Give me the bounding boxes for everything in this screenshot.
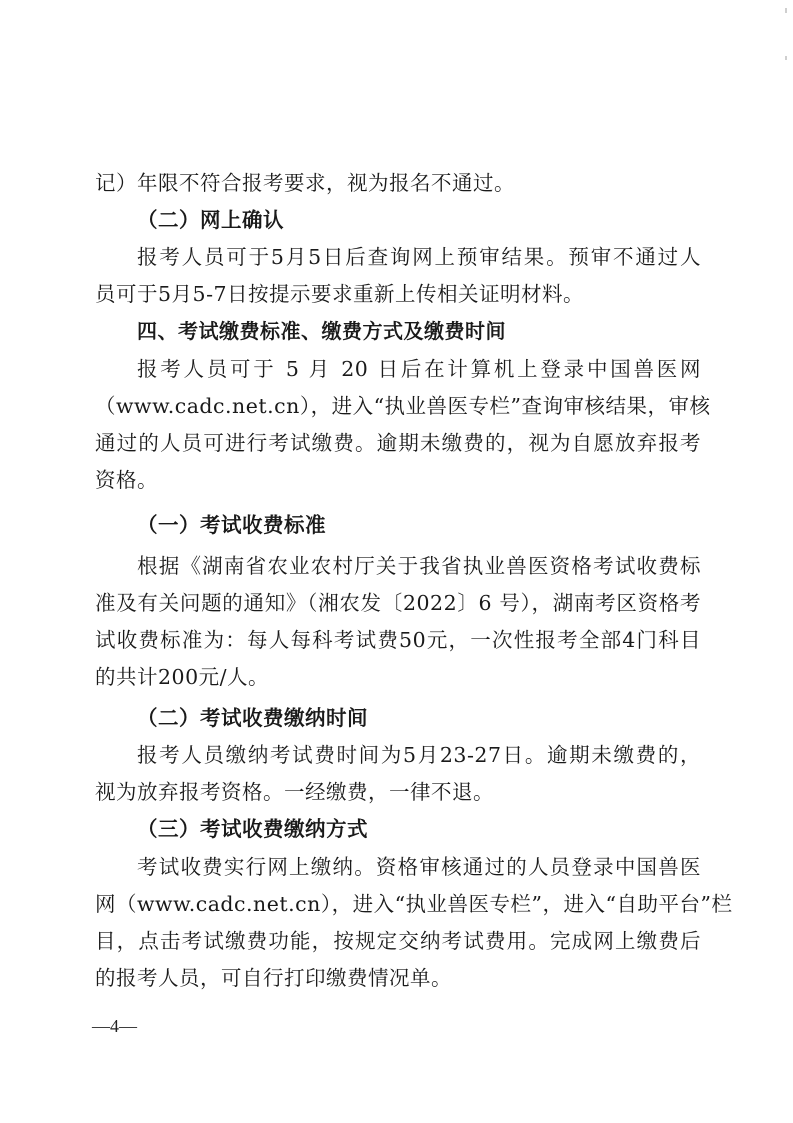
body-line-14: 的共计200元/人。 bbox=[95, 664, 701, 690]
scan-edge-mark bbox=[785, 56, 787, 60]
body-line-6: 报考人员可于 5 月 20 日后在计算机上登录中国兽医网 bbox=[137, 356, 701, 382]
subheading-fee-standard: （一）考试收费标准 bbox=[137, 512, 701, 538]
body-line-7: （www.cadc.net.cn），进入“执业兽医专栏”查询审核结果，审核 bbox=[95, 393, 701, 419]
body-line-16: 报考人员缴纳考试费时间为5月23-27日。逾期未缴费的， bbox=[137, 742, 701, 768]
scan-edge-mark bbox=[785, 8, 787, 13]
subheading-payment-time: （二）考试收费缴纳时间 bbox=[137, 705, 701, 731]
body-line-19: 考试收费实行网上缴纳。资格审核通过的人员登录中国兽医 bbox=[137, 854, 701, 880]
subheading-payment-method: （三）考试收费缴纳方式 bbox=[137, 816, 701, 842]
body-line-4: 员可于5月5-7日按提示要求重新上传相关证明材料。 bbox=[95, 281, 701, 307]
body-line-9: 资格。 bbox=[95, 467, 701, 493]
section-heading-fees: 四、考试缴费标准、缴费方式及缴费时间 bbox=[137, 318, 701, 344]
body-line-17: 视为放弃报考资格。一经缴费，一律不退。 bbox=[95, 779, 701, 805]
document-page: 记）年限不符合报考要求，视为报名不通过。 （二）网上确认 报考人员可于5月5日后… bbox=[0, 0, 793, 1123]
body-line-11: 根据《湖南省农业农村厅关于我省执业兽医资格考试收费标 bbox=[137, 553, 701, 579]
body-line-21: 目，点击考试缴费功能，按规定交纳考试费用。完成网上缴费后 bbox=[95, 928, 701, 954]
body-line-22: 的报考人员，可自行打印缴费情况单。 bbox=[95, 965, 701, 991]
body-line-13: 试收费标准为：每人每科考试费50元，一次性报考全部4门科目 bbox=[95, 627, 701, 653]
body-line-3: 报考人员可于5月5日后查询网上预审结果。预审不通过人 bbox=[137, 244, 701, 270]
page-number: —4— bbox=[92, 1016, 137, 1037]
body-line-1: 记）年限不符合报考要求，视为报名不通过。 bbox=[95, 170, 701, 196]
body-line-12: 准及有关问题的通知》（湘农发〔2022〕6 号），湖南考区资格考 bbox=[95, 590, 701, 616]
subheading-online-confirmation: （二）网上确认 bbox=[137, 207, 701, 233]
body-line-8: 通过的人员可进行考试缴费。逾期未缴费的，视为自愿放弃报考 bbox=[95, 430, 701, 456]
body-line-20: 网（www.cadc.net.cn），进入“执业兽医专栏”，进入“自助平台”栏 bbox=[95, 891, 701, 917]
